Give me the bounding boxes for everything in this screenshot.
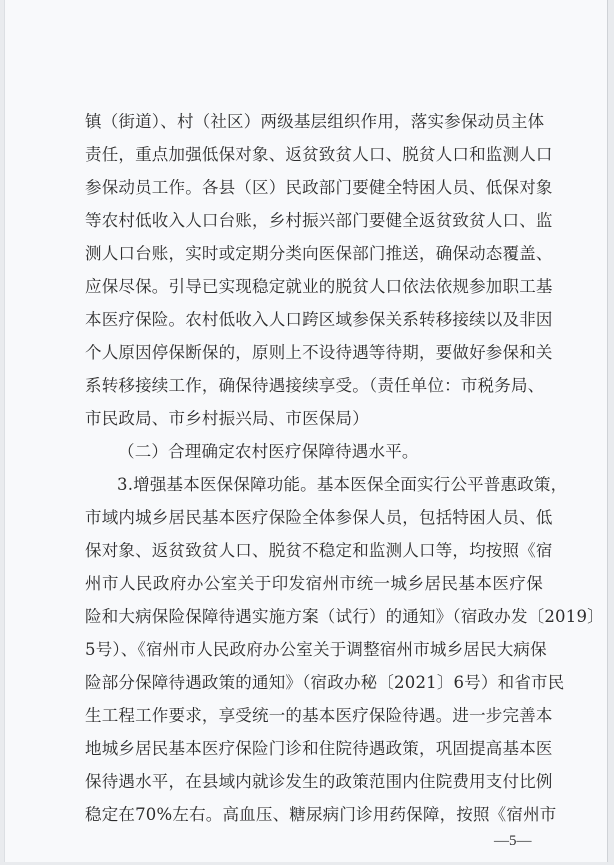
section-heading: （二）合理确定农村医疗保障待遇水平。 [85,435,543,468]
text-line: 保待遇水平，在县域内就诊发生的政策范围内住院费用支付比例 [85,765,543,798]
text-line: 参保动员工作。各县（区）民政部门要健全特困人员、低保对象 [85,171,543,204]
text-line: 责任，重点加强低保对象、返贫致贫人口、脱贫人口和监测人口 [85,138,543,171]
text-line: 市民政局、市乡村振兴局、市医保局） [85,402,543,435]
text-line: 应保尽保。引导已实现稳定就业的脱贫人口依法依规参加职工基 [85,270,543,303]
text-line: 个人原因停保断保的，原则上不设待遇等待期，要做好参保和关 [85,336,543,369]
page-number: —5— [494,833,532,850]
document-body: 镇（街道）、村（社区）两级基层组织作用，落实参保动员主体责任，重点加强低保对象、… [85,105,543,831]
text-line: 生工程工作要求，享受统一的基本医疗保险待遇。进一步完善本 [85,699,543,732]
text-line: 地城乡居民基本医疗保险门诊和住院待遇政策，巩固提高基本医 [85,732,543,765]
text-line: 险部分保障待遇政策的通知》（宿政办秘〔2021〕6号）和省市民 [85,666,543,699]
text-line: 市域内城乡居民基本医疗保险全体参保人员，包括特困人员、低 [85,501,543,534]
text-line: 等农村低收入人口台账，乡村振兴部门要健全返贫致贫人口、监 [85,204,543,237]
text-line: 5号）、《宿州市人民政府办公室关于调整宿州市城乡居民大病保 [85,633,543,666]
text-line: 保对象、返贫致贫人口、脱贫不稳定和监测人口等，均按照《宿 [85,534,543,567]
text-line: 险和大病保险保障待遇实施方案（试行）的通知》（宿政办发〔2019〕 [85,600,543,633]
item-heading-line: 3.增强基本医保保障功能。基本医保全面实行公平普惠政策， [85,468,543,501]
text-line: 测人口台账，实时或定期分类向医保部门推送，确保动态覆盖、 [85,237,543,270]
text-line: 稳定在70%左右。高血压、糖尿病门诊用药保障，按照《宿州市 [85,798,543,831]
text-line: 镇（街道）、村（社区）两级基层组织作用，落实参保动员主体 [85,105,543,138]
text-line: 州市人民政府办公室关于印发宿州市统一城乡居民基本医疗保 [85,567,543,600]
document-page: 镇（街道）、村（社区）两级基层组织作用，落实参保动员主体责任，重点加强低保对象、… [4,0,608,862]
text-line: 本医疗保险。农村低收入人口跨区域参保关系转移接续以及非因 [85,303,543,336]
text-line: 系转移接续工作，确保待遇接续享受。（责任单位：市税务局、 [85,369,543,402]
